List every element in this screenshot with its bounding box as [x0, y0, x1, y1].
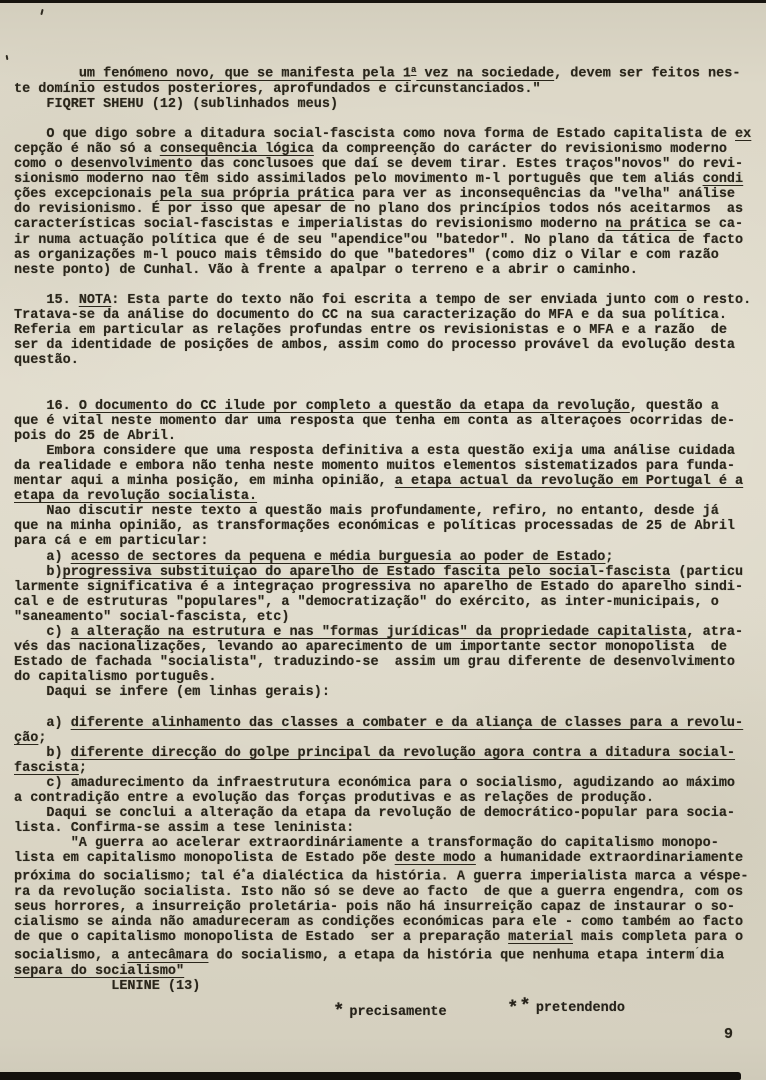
scanned-document-page: { "page": { "number": "9", "paper_color"…: [0, 0, 766, 1080]
text-line: Daqui se infere (em linhas gerais):: [14, 685, 759, 700]
text-line: sionismo moderno nao têm sido assimilado…: [14, 172, 759, 187]
typewritten-text: um fenómeno novo, que se manifesta pela …: [14, 63, 759, 994]
text-line: O que digo sobre a ditadura social-fasci…: [14, 127, 759, 142]
text-line: c) amadurecimento da infraestrutura econ…: [14, 776, 759, 791]
text-line: pois do 25 de Abril.: [14, 429, 759, 444]
text-line: questão.: [14, 353, 759, 368]
double-asterisk-marker-icon: **: [506, 994, 534, 1020]
text-line: neste ponto) de Cunhal. Vão à frente a a…: [14, 263, 759, 278]
text-line: a) diferente alinhamento das classes a c…: [14, 716, 759, 731]
text-line: socialismo, a antecâmara do socialismo, …: [14, 945, 759, 964]
text-line: te domínio estudos posteriores, aprofund…: [14, 82, 759, 97]
scan-edge-top: [0, 0, 766, 3]
text-line: Daqui se conclui a alteração da etapa da…: [14, 806, 759, 821]
text-line: [14, 368, 759, 383]
text-line: lista. Confirma-se assim a tese leninist…: [14, 821, 759, 836]
text-line: que na minha opinião, as transformações …: [14, 519, 759, 534]
text-line: a contradição entre a evolução das força…: [14, 791, 759, 806]
text-line: cal e de estruturas "populares", a "demo…: [14, 595, 759, 610]
text-line: características social-fascistas e imper…: [14, 217, 759, 232]
text-line: fascista;: [14, 761, 759, 776]
text-line: que é vital neste momento dar uma respos…: [14, 414, 759, 429]
text-line: 15. NOTA: Esta parte do texto não foi es…: [14, 293, 759, 308]
footnote-text: precisamente: [349, 1005, 446, 1020]
text-line: cialismo se ainda não amadureceram as co…: [14, 915, 759, 930]
text-line: ir numa actuação política que é de seu "…: [14, 233, 759, 248]
footnote-pretendendo: **pretendendo: [508, 996, 625, 1018]
text-line: ção;: [14, 731, 759, 746]
text-line: do revisionismo. É por isso que apesar d…: [14, 202, 759, 217]
text-line: "A guerra ao acelerar extraordináriament…: [14, 836, 759, 851]
text-line: etapa da revolução socialista.: [14, 489, 759, 504]
text-line: Estado de fachada "socialista", traduzin…: [14, 655, 759, 670]
text-line: Nao discutir neste texto a questão mais …: [14, 504, 759, 519]
text-line: [14, 278, 759, 293]
text-line: b)progressiva substituiçao do aparelho d…: [14, 565, 759, 580]
scan-edge-bottom: [0, 1072, 741, 1080]
page-number: 9: [724, 1026, 733, 1043]
text-line: lista em capitalismo monopolista de Esta…: [14, 851, 759, 866]
footnote-precisamente: *precisamente: [334, 1000, 447, 1022]
text-line: ser da identidade de posições de ambos, …: [14, 338, 759, 353]
text-line: larmente significativa é a integraçao pr…: [14, 580, 759, 595]
text-line: "saneamento" social-fascista, etc): [14, 610, 759, 625]
text-line: [14, 383, 759, 398]
scan-speck: [40, 9, 43, 15]
text-line: [14, 700, 759, 715]
text-line: Tratava-se da análise do documento do CC…: [14, 308, 759, 323]
text-line: Referia em particular as relações profun…: [14, 323, 759, 338]
text-line: a) acesso de sectores da pequena e média…: [14, 550, 759, 565]
text-line: [14, 112, 759, 127]
footnote-text: pretendendo: [536, 1001, 625, 1016]
scan-speck: [6, 55, 9, 60]
text-line: um fenómeno novo, que se manifesta pela …: [14, 63, 759, 82]
text-line: c) a alteração na estrutura e nas "forma…: [14, 625, 759, 640]
text-line: 16. O documento do CC ilude por completo…: [14, 399, 759, 414]
text-line: do capitalismo português.: [14, 670, 759, 685]
text-line: de que o capitalismo monopolista de Esta…: [14, 930, 759, 945]
text-line: b) diferente direcção do golpe principal…: [14, 746, 759, 761]
text-line: LENINE (13): [14, 979, 759, 994]
text-line: separa do socialismo": [14, 964, 759, 979]
asterisk-marker-icon: *: [332, 999, 348, 1023]
text-line: cepção é não só a consequência lógica da…: [14, 142, 759, 157]
text-line: seus horrores, a insurreição proletária-…: [14, 900, 759, 915]
text-line: vés das nacionalizações, levando ao apar…: [14, 640, 759, 655]
text-line: próxima do socialismo; tal é*a dialéctic…: [14, 866, 759, 885]
text-line: as organizações m-l pouco mais têmsido d…: [14, 248, 759, 263]
text-line: para cá e em particular:: [14, 534, 759, 549]
text-line: mentar aqui a minha posição, em minha op…: [14, 474, 759, 489]
text-line: ra da revolução socialista. Isto não só …: [14, 885, 759, 900]
text-line: FIQRET SHEHU (12) (sublinhados meus): [14, 97, 759, 112]
text-line: como o desenvolvimento das conclusoes qu…: [14, 157, 759, 172]
text-line: da realidade e embora não tenha neste mo…: [14, 459, 759, 474]
text-line: ções excepcionais pela sua própria práti…: [14, 187, 759, 202]
text-line: Embora considere que uma resposta defini…: [14, 444, 759, 459]
